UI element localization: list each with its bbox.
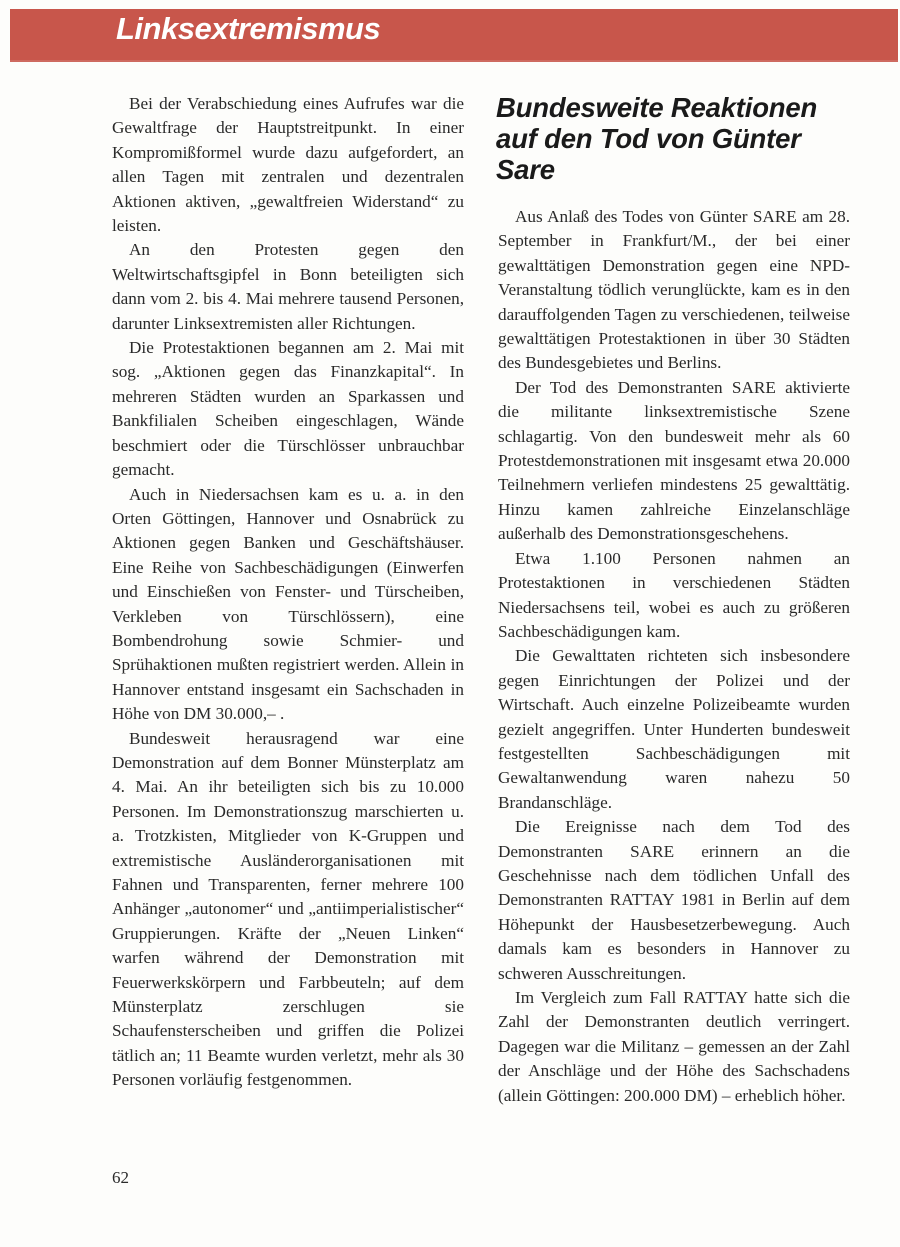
paragraph: Im Vergleich zum Fall RATTAY hatte sich … bbox=[498, 986, 850, 1108]
left-column: Bei der Verabschiedung eines Aufrufes wa… bbox=[112, 92, 464, 1093]
paragraph: Bei der Verabschiedung eines Aufrufes wa… bbox=[112, 92, 464, 238]
right-column: Bundesweite Reaktionen auf den Tod von G… bbox=[498, 92, 850, 1108]
paragraph: Etwa 1.100 Personen nahmen an Protestakt… bbox=[498, 547, 850, 645]
paragraph: Aus Anlaß des Todes von Günter SARE am 2… bbox=[498, 205, 850, 376]
section-title: Linksextremismus bbox=[116, 13, 380, 44]
paragraph: Bundesweit herausragend war eine Demonst… bbox=[112, 727, 464, 1093]
paragraph: Der Tod des Demonstranten SARE aktiviert… bbox=[498, 376, 850, 547]
article-heading: Bundesweite Reaktionen auf den Tod von G… bbox=[496, 92, 850, 185]
page-number: 62 bbox=[112, 1168, 129, 1188]
paragraph: Die Ereignisse nach dem Tod des Demonstr… bbox=[498, 815, 850, 986]
paragraph: Die Gewalttaten richteten sich insbesond… bbox=[498, 644, 850, 815]
paragraph: Auch in Niedersachsen kam es u. a. in de… bbox=[112, 483, 464, 727]
paragraph: An den Protesten gegen den Weltwirtschaf… bbox=[112, 238, 464, 336]
paragraph: Die Protestaktionen begannen am 2. Mai m… bbox=[112, 336, 464, 482]
